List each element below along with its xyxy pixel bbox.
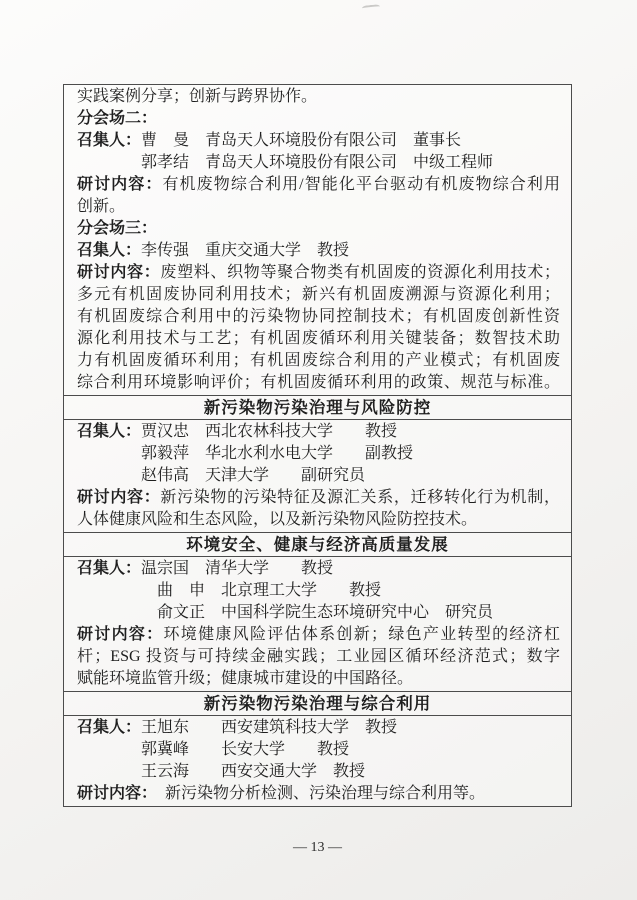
text-line: 郭毅萍 华北水利水电大学 副教授 xyxy=(77,443,560,465)
line-text: 王旭东 西安建筑科技大学 教授 xyxy=(141,719,397,736)
field-label: 研讨内容： xyxy=(77,176,162,193)
text-line: 召集人：曹 曼 青岛天人环境股份有限公司 董事长 xyxy=(77,130,560,152)
line-text: 新污染物分析检测、污染治理与综合利用等。 xyxy=(149,785,485,802)
text-line: 杆；ESG 投资与可持续金融实践；工业园区循环经济范式；数字 xyxy=(77,646,560,668)
line-text: 源化利用技术与工艺；有机固废循环利用关键装备；数智技术助 xyxy=(77,330,560,347)
field-label: 召集人： xyxy=(77,423,141,440)
line-text: 实践案例分享；创新与跨界协作。 xyxy=(77,88,317,105)
text-line: 分会场三： xyxy=(77,218,560,240)
text-line: 研讨内容：有机废物综合利用/智能化平台驱动有机废物综合利用 xyxy=(77,174,560,196)
text-line: 源化利用技术与工艺；有机固废循环利用关键装备；数智技术助 xyxy=(77,328,560,350)
text-line: 研讨内容： 新污染物分析检测、污染治理与综合利用等。 xyxy=(77,783,560,805)
text-line: 研讨内容：环境健康风险评估体系创新；绿色产业转型的经济杠 xyxy=(77,624,560,646)
text-line: 研讨内容：新污染物的污染特征及源汇关系，迁移转化行为机制， xyxy=(77,487,560,509)
text-line: 俞文正 中国科学院生态环境研究中心 研究员 xyxy=(77,602,560,624)
line-text: 创新。 xyxy=(77,198,125,215)
field-label: 研讨内容： xyxy=(77,626,163,643)
session-title: 环境安全、健康与经济高质量发展 xyxy=(186,535,449,554)
line-text: 赵伟高 天津大学 副研究员 xyxy=(141,467,365,484)
line-text: 多元有机固废协同利用技术；新兴有机固废溯源与资源化利用； xyxy=(77,286,560,303)
line-text: 郭冀峰 长安大学 教授 xyxy=(141,741,349,758)
line-text: 环境健康风险评估体系创新；绿色产业转型的经济杠 xyxy=(163,626,560,643)
text-line: 召集人：李传强 重庆交通大学 教授 xyxy=(77,240,560,262)
page-number: — 13 — xyxy=(63,840,572,856)
text-line: 赋能环境监管升级；健康城市建设的中国路径。 xyxy=(77,668,560,690)
text-line: 召集人：王旭东 西安建筑科技大学 教授 xyxy=(77,717,560,739)
field-label: 研讨内容： xyxy=(77,264,160,281)
text-line: 人体健康风险和生态风险，以及新污染物风险防控技术。 xyxy=(77,509,560,531)
line-text: 杆；ESG 投资与可持续金融实践；工业园区循环经济范式；数字 xyxy=(77,648,560,665)
line-text: 李传强 重庆交通大学 教授 xyxy=(141,242,349,259)
line-text: 贾汉忠 西北农林科技大学 教授 xyxy=(141,423,397,440)
text-line: 有机固废综合利用中的污染物协同控制技术；有机固废创新性资 xyxy=(77,306,560,328)
text-line: 赵伟高 天津大学 副研究员 xyxy=(77,465,560,487)
line-text: 废塑料、织物等聚合物类有机固废的资源化利用技术； xyxy=(160,264,560,281)
text-line: 郭冀峰 长安大学 教授 xyxy=(77,739,560,761)
line-text: 有机废物综合利用/智能化平台驱动有机废物综合利用 xyxy=(162,176,560,193)
line-text: 曹 曼 青岛天人环境股份有限公司 董事长 xyxy=(141,132,461,149)
line-text: 王云海 西安交通大学 教授 xyxy=(141,763,365,780)
session-title-row: 环境安全、健康与经济高质量发展 xyxy=(64,532,571,556)
line-text: 俞文正 中国科学院生态环境研究中心 研究员 xyxy=(141,604,493,621)
line-text: 曲 申 北京理工大学 教授 xyxy=(141,582,381,599)
text-line: 分会场二： xyxy=(77,108,560,130)
text-line: 创新。 xyxy=(77,196,560,218)
line-text: 温宗国 清华大学 教授 xyxy=(141,560,333,577)
text-line: 多元有机固废协同利用技术；新兴有机固废溯源与资源化利用； xyxy=(77,284,560,306)
session-title: 新污染物污染治理与综合利用 xyxy=(204,694,432,713)
field-label: 研讨内容： xyxy=(77,489,160,506)
session-title-row: 新污染物污染治理与风险防控 xyxy=(64,395,571,419)
session-title: 新污染物污染治理与风险防控 xyxy=(204,398,432,417)
line-text: 综合利用环境影响评价；有机固废循环利用的政策、规范与标准。 xyxy=(77,374,560,391)
line-text: 郭孝结 青岛天人环境股份有限公司 中级工程师 xyxy=(141,154,493,171)
line-text: 人体健康风险和生态风险，以及新污染物风险防控技术。 xyxy=(77,511,477,528)
text-line: 实践案例分享；创新与跨界协作。 xyxy=(77,86,560,108)
field-label: 召集人： xyxy=(77,132,141,149)
session-title-row: 新污染物污染治理与综合利用 xyxy=(64,691,571,715)
scanned-page: 实践案例分享；创新与跨界协作。 分会场二： 召集人：曹 曼 青岛天人环境股份有限… xyxy=(0,0,637,900)
line-text: 郭毅萍 华北水利水电大学 副教授 xyxy=(141,445,413,462)
field-label: 分会场三： xyxy=(77,220,157,237)
text-line: 郭孝结 青岛天人环境股份有限公司 中级工程师 xyxy=(77,152,560,174)
line-text: 力有机固废循环利用；有机固废综合利用的产业模式；有机固废 xyxy=(77,352,560,369)
field-label: 召集人： xyxy=(77,719,141,736)
field-label: 召集人： xyxy=(77,560,141,577)
line-text: 赋能环境监管升级；健康城市建设的中国路径。 xyxy=(77,670,413,687)
session-block-3: 召集人：温宗国 清华大学 教授 曲 申 北京理工大学 教授 俞文正 中国科学院生… xyxy=(64,556,571,691)
text-line: 曲 申 北京理工大学 教授 xyxy=(77,580,560,602)
field-label: 研讨内容： xyxy=(77,785,149,802)
scan-artifact xyxy=(362,4,380,11)
text-line: 召集人：温宗国 清华大学 教授 xyxy=(77,558,560,580)
text-line: 召集人：贾汉忠 西北农林科技大学 教授 xyxy=(77,421,560,443)
session-block-2: 召集人：贾汉忠 西北农林科技大学 教授 郭毅萍 华北水利水电大学 副教授 赵伟高… xyxy=(64,419,571,532)
text-line: 王云海 西安交通大学 教授 xyxy=(77,761,560,783)
line-text: 有机固废综合利用中的污染物协同控制技术；有机固废创新性资 xyxy=(77,308,560,325)
text-line: 研讨内容：废塑料、织物等聚合物类有机固废的资源化利用技术； xyxy=(77,262,560,284)
session-block-1: 实践案例分享；创新与跨界协作。 分会场二： 召集人：曹 曼 青岛天人环境股份有限… xyxy=(64,85,571,395)
text-line: 力有机固废循环利用；有机固废综合利用的产业模式；有机固废 xyxy=(77,350,560,372)
field-label: 召集人： xyxy=(77,242,141,259)
line-text: 新污染物的污染特征及源汇关系，迁移转化行为机制， xyxy=(160,489,560,506)
field-label: 分会场二： xyxy=(77,110,157,127)
text-line: 综合利用环境影响评价；有机固废循环利用的政策、规范与标准。 xyxy=(77,372,560,394)
program-table: 实践案例分享；创新与跨界协作。 分会场二： 召集人：曹 曼 青岛天人环境股份有限… xyxy=(63,84,572,807)
session-block-4: 召集人：王旭东 西安建筑科技大学 教授 郭冀峰 长安大学 教授 王云海 西安交通… xyxy=(64,715,571,806)
